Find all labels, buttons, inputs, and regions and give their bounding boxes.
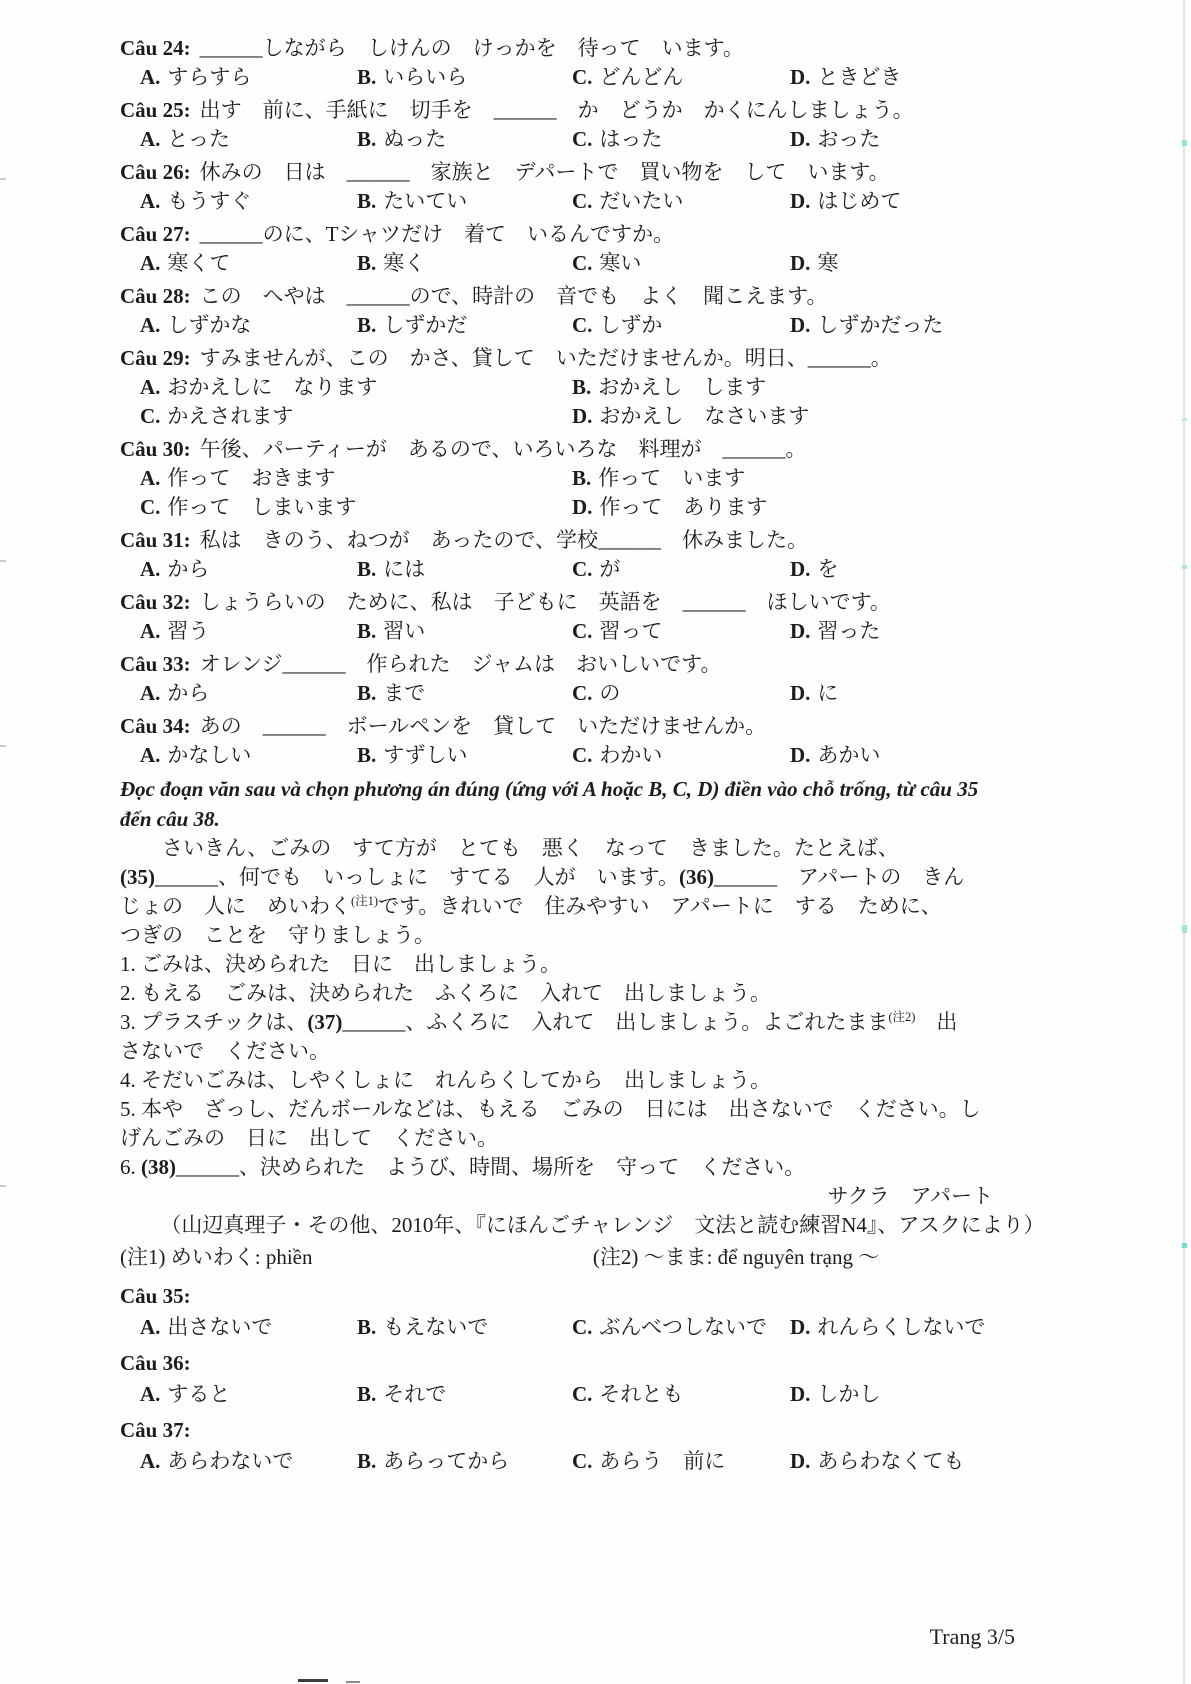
scan-artifact xyxy=(1182,418,1187,421)
option-text: 作って おきます xyxy=(167,466,335,490)
option-letter: C. xyxy=(572,189,592,213)
option-letter: A. xyxy=(140,127,160,151)
answer-options: A.かなしい B.すずしい C.わかい D.あかい xyxy=(120,741,1085,770)
question-stem-line: Câu 32:しょうらいの ために、私は 子どもに 英語を ______ ほしい… xyxy=(120,588,1085,617)
option-c: C.わかい xyxy=(572,741,790,770)
rule-1: 1. ごみは、決められた 日に 出しましょう。 xyxy=(120,950,1085,979)
option-a: A.とった xyxy=(140,125,357,154)
scan-artifact xyxy=(0,178,6,180)
option-a: A.から xyxy=(140,679,357,708)
question-cau-26: Câu 26:休みの 日は ______ 家族と デパートで 買い物を して い… xyxy=(120,158,1085,216)
option-text: いらいら xyxy=(383,65,467,89)
question-number: Câu 30: xyxy=(120,437,191,461)
option-b: B.まで xyxy=(357,679,572,708)
option-c: C.習って xyxy=(572,617,790,646)
reading-instruction-line1: Đọc đoạn văn sau và chọn phương án đúng … xyxy=(120,774,1085,804)
rule-6: 6. (38)______、決められた ようび、時間、場所を 守って ください。 xyxy=(120,1153,1085,1182)
option-d: D.に xyxy=(790,679,1085,708)
option-letter: D. xyxy=(790,65,810,89)
question-cau-25: Câu 25:出す 前に、手紙に 切手を ______ か どうか かくにんしま… xyxy=(120,96,1085,154)
question-stem: 午後、パーティーが あるので、いろいろな 料理が ______。 xyxy=(200,437,807,461)
option-b: B.あらってから xyxy=(357,1447,572,1476)
option-text: おかえし します xyxy=(598,375,766,399)
page-number: Trang 3/5 xyxy=(930,1624,1015,1650)
option-text: の xyxy=(599,681,620,705)
option-letter: A. xyxy=(140,619,160,643)
option-text: しかし xyxy=(817,1382,880,1406)
option-a: A.作って おきます xyxy=(140,464,572,493)
option-letter: D. xyxy=(790,127,810,151)
option-c: C.だいたい xyxy=(572,187,790,216)
page-content: Câu 24:______しながら しけんの けっかを 待って います。 A.す… xyxy=(0,0,1191,1476)
option-d: D.寒 xyxy=(790,249,1085,278)
blank-37-marker: (37) xyxy=(307,1010,342,1034)
question-number: Câu 24: xyxy=(120,36,191,60)
option-text: しずかな xyxy=(167,313,251,337)
option-letter: A. xyxy=(140,1382,160,1406)
footnotes-row: (注1) めいわく: phiền (注2) ～まま: để nguyên trạ… xyxy=(120,1243,1085,1275)
passage-text: です。きれいで 住みやすい アパートに する ために、 xyxy=(378,894,942,918)
question-stem-line: Câu 29:すみませんが、この かさ、貸して いただけませんか。明日、____… xyxy=(120,344,1085,373)
option-b: B.それで xyxy=(357,1380,572,1409)
option-d: D.しかし xyxy=(790,1380,1085,1409)
reading-instruction-line2: đến câu 38. xyxy=(120,804,1085,834)
option-text: たいてい xyxy=(383,189,467,213)
option-letter: B. xyxy=(357,1382,376,1406)
reading-section: Đọc đoạn văn sau và chọn phương án đúng … xyxy=(120,774,1085,1275)
rule-text: ______、ふくろに 入れて 出しましょう。よごれたまま xyxy=(342,1010,888,1034)
option-letter: C. xyxy=(572,313,592,337)
option-text: まで xyxy=(383,681,425,705)
option-letter: D. xyxy=(790,1449,810,1473)
answer-options: A.出さないで B.もえないで C.ぶんべつしないで D.れんらくしないで xyxy=(120,1313,1085,1342)
question-stem: ______のに、Tシャツだけ 着て いるんですか。 xyxy=(200,222,674,246)
answer-options: A.もうすぐ B.たいてい C.だいたい D.はじめて xyxy=(120,187,1085,216)
option-text: はじめて xyxy=(817,189,901,213)
option-a: A.出さないで xyxy=(140,1313,357,1342)
footnote-2: (注2) ～まま: để nguyên trạng ～ xyxy=(593,1243,879,1272)
question-number: Câu 25: xyxy=(120,98,191,122)
option-letter: A. xyxy=(140,743,160,767)
option-text: が xyxy=(599,557,620,581)
option-d: D.はじめて xyxy=(790,187,1085,216)
option-text: から xyxy=(167,557,209,581)
passage-source-citation: （山辺真理子・その他、2010年、『にほんごチャレンジ 文法と読む練習N4』、ア… xyxy=(120,1211,1085,1240)
option-text: おかえしに なります xyxy=(167,375,377,399)
question-stem-line: Câu 24:______しながら しけんの けっかを 待って います。 xyxy=(120,34,1085,63)
rule-text: 3. プラスチックは、 xyxy=(120,1010,307,1034)
option-text: れんらくしないで xyxy=(817,1315,985,1339)
answer-options: A.しずかな B.しずかだ C.しずか D.しずかだった xyxy=(120,311,1085,340)
scan-artifact xyxy=(1182,925,1187,933)
option-text: わかい xyxy=(599,743,662,767)
rule-5-line1: 5. 本や ざっし、だんボールなどは、もえる ごみの 日には 出さないで くださ… xyxy=(120,1095,1085,1124)
option-letter: B. xyxy=(357,1315,376,1339)
option-c: C.あらう 前に xyxy=(572,1447,790,1476)
passage-line-1: さいきん、ごみの すて方が とても 悪く なって きました。たとえば、 xyxy=(120,834,1085,863)
scan-artifact xyxy=(298,1679,328,1682)
option-b: B.習い xyxy=(357,617,572,646)
option-letter: D. xyxy=(790,1315,810,1339)
question-cau-27: Câu 27:______のに、Tシャツだけ 着て いるんですか。 A.寒くて … xyxy=(120,220,1085,278)
question-cau-35: Câu 35: A.出さないで B.もえないで C.ぶんべつしないで D.れんら… xyxy=(120,1281,1085,1342)
answer-options: A.とった B.ぬった C.はった D.おった xyxy=(120,125,1085,154)
option-letter: D. xyxy=(790,743,810,767)
option-letter: C. xyxy=(572,65,592,89)
option-text: かえされます xyxy=(167,404,293,428)
option-d: D.を xyxy=(790,555,1085,584)
option-letter: C. xyxy=(572,743,592,767)
option-b: B.には xyxy=(357,555,572,584)
question-stem: あの ______ ボールペンを 貸して いただけませんか。 xyxy=(200,714,767,738)
option-text: あらわないで xyxy=(167,1449,293,1473)
option-a: A.あらわないで xyxy=(140,1447,357,1476)
scan-artifact xyxy=(0,560,6,562)
option-text: おった xyxy=(817,127,880,151)
question-number: Câu 31: xyxy=(120,528,191,552)
option-letter: C. xyxy=(572,127,592,151)
answer-options: A.作って おきます B.作って います C.作って しまいます D.作って あ… xyxy=(120,464,1085,522)
scan-artifact xyxy=(346,1681,360,1683)
question-cau-34: Câu 34:あの ______ ボールペンを 貸して いただけませんか。 A.… xyxy=(120,712,1085,770)
option-letter: B. xyxy=(357,127,376,151)
option-text: とった xyxy=(167,127,230,151)
option-text: 寒く xyxy=(383,251,425,275)
option-b: B.ぬった xyxy=(357,125,572,154)
option-b: B.作って います xyxy=(572,464,1085,493)
option-text: ときどき xyxy=(817,65,901,89)
scan-artifact xyxy=(0,1185,6,1187)
option-text: あらう 前に xyxy=(599,1449,725,1473)
rule-text: ______、決められた ようび、時間、場所を 守って ください。 xyxy=(176,1155,805,1179)
scan-artifact-edge-line xyxy=(1183,0,1185,1684)
option-b: B.寒く xyxy=(357,249,572,278)
option-c: C.の xyxy=(572,679,790,708)
option-text: もうすぐ xyxy=(167,189,251,213)
option-letter: C. xyxy=(572,1315,592,1339)
option-letter: B. xyxy=(357,251,376,275)
question-stem-line: Câu 30:午後、パーティーが あるので、いろいろな 料理が ______。 xyxy=(120,435,1085,464)
question-stem-line: Câu 26:休みの 日は ______ 家族と デパートで 買い物を して い… xyxy=(120,158,1085,187)
option-text: だいたい xyxy=(599,189,683,213)
question-stem-line: Câu 31:私は きのう、ねつが あったので、学校______ 休みました。 xyxy=(120,526,1085,555)
scan-artifact xyxy=(0,745,6,747)
question-number: Câu 26: xyxy=(120,160,191,184)
question-stem-line: Câu 34:あの ______ ボールペンを 貸して いただけませんか。 xyxy=(120,712,1085,741)
option-letter: B. xyxy=(572,466,591,490)
option-text: 作って あります xyxy=(599,495,767,519)
option-c: C.作って しまいます xyxy=(140,493,572,522)
question-stem-line: Câu 28:この へやは ______ので、時計の 音でも よく 聞こえます。 xyxy=(120,282,1085,311)
option-letter: C. xyxy=(572,251,592,275)
passage-signature: サクラ アパート xyxy=(120,1182,1085,1211)
option-a: A.すると xyxy=(140,1380,357,1409)
option-letter: D. xyxy=(790,619,810,643)
option-letter: C. xyxy=(572,619,592,643)
option-text: 作って しまいます xyxy=(167,495,356,519)
option-b: B.しずかだ xyxy=(357,311,572,340)
option-text: どんどん xyxy=(599,65,683,89)
option-text: かなしい xyxy=(167,743,251,767)
option-a: A.から xyxy=(140,555,357,584)
option-c: C.はった xyxy=(572,125,790,154)
blank-35-marker: (35) xyxy=(120,865,155,889)
option-c: C.かえされます xyxy=(140,402,572,431)
rule-text: 6. xyxy=(120,1155,141,1179)
option-letter: A. xyxy=(140,313,160,337)
blank-38-marker: (38) xyxy=(141,1155,176,1179)
option-text: 習って xyxy=(599,619,662,643)
answer-options: A.寒くて B.寒く C.寒い D.寒 xyxy=(120,249,1085,278)
option-d: D.作って あります xyxy=(572,493,1085,522)
option-letter: C. xyxy=(572,1449,592,1473)
option-c: C.それとも xyxy=(572,1380,790,1409)
passage-line-3: じょの 人に めいわく(注1)です。きれいで 住みやすい アパートに する ため… xyxy=(120,892,1085,921)
option-text: すずしい xyxy=(383,743,467,767)
option-letter: D. xyxy=(790,251,810,275)
option-text: ぶんべつしないで xyxy=(599,1315,767,1339)
rule-5-line2: げんごみの 日に 出して ください。 xyxy=(120,1124,1085,1153)
question-stem: この へやは ______ので、時計の 音でも よく 聞こえます。 xyxy=(200,284,828,308)
option-text: 寒くて xyxy=(167,251,230,275)
question-stem: オレンジ______ 作られた ジャムは おいしいです。 xyxy=(200,652,722,676)
option-letter: B. xyxy=(357,681,376,705)
option-a: A.もうすぐ xyxy=(140,187,357,216)
question-stem: すみませんが、この かさ、貸して いただけませんか。明日、______。 xyxy=(200,346,892,370)
option-letter: A. xyxy=(140,466,160,490)
option-text: あらってから xyxy=(383,1449,509,1473)
option-letter: A. xyxy=(140,375,160,399)
option-letter: D. xyxy=(790,189,810,213)
option-letter: C. xyxy=(572,1382,592,1406)
answer-options: A.から B.まで C.の D.に xyxy=(120,679,1085,708)
answer-options: A.習う B.習い C.習って D.習った xyxy=(120,617,1085,646)
option-text: しずか xyxy=(599,313,662,337)
scan-artifact xyxy=(1182,1243,1187,1248)
option-letter: B. xyxy=(357,1449,376,1473)
passage-text: ______ アパートの きん xyxy=(714,865,964,889)
option-text: 習う xyxy=(167,619,209,643)
option-a: A.すらすら xyxy=(140,63,357,92)
scanned-test-page: Câu 24:______しながら しけんの けっかを 待って います。 A.す… xyxy=(0,0,1191,1684)
option-text: 寒 xyxy=(817,251,838,275)
option-letter: D. xyxy=(572,495,592,519)
rule-4: 4. そだいごみは、しやくしょに れんらくしてから 出しましょう。 xyxy=(120,1066,1085,1095)
question-cau-33: Câu 33:オレンジ______ 作られた ジャムは おいしいです。 A.から… xyxy=(120,650,1085,708)
option-d: D.習った xyxy=(790,617,1085,646)
passage-text: じょの 人に めいわく xyxy=(120,894,351,918)
answer-options: A.から B.には C.が D.を xyxy=(120,555,1085,584)
option-text: 出さないで xyxy=(167,1315,272,1339)
option-text: はった xyxy=(599,127,662,151)
question-cau-30: Câu 30:午後、パーティーが あるので、いろいろな 料理が ______。 … xyxy=(120,435,1085,522)
option-letter: B. xyxy=(572,375,591,399)
question-cau-31: Câu 31:私は きのう、ねつが あったので、学校______ 休みました。 … xyxy=(120,526,1085,584)
question-stem: 出す 前に、手紙に 切手を ______ か どうか かくにんしましょう。 xyxy=(200,98,914,122)
question-number: Câu 27: xyxy=(120,222,191,246)
option-letter: C. xyxy=(140,404,160,428)
option-b: B.たいてい xyxy=(357,187,572,216)
answer-options: A.おかえしに なります B.おかえし します C.かえされます D.おかえし … xyxy=(120,373,1085,431)
blank-36-marker: (36) xyxy=(679,865,714,889)
option-text: それとも xyxy=(599,1382,683,1406)
question-number: Câu 34: xyxy=(120,714,191,738)
option-letter: A. xyxy=(140,189,160,213)
passage-line-2: (35)______、何でも いっしょに すてる 人が います。(36)____… xyxy=(120,863,1085,892)
question-number: Câu 32: xyxy=(120,590,191,614)
option-c: C.寒い xyxy=(572,249,790,278)
option-letter: B. xyxy=(357,619,376,643)
option-letter: B. xyxy=(357,557,376,581)
question-number: Câu 33: xyxy=(120,652,191,676)
option-d: D.おかえし なさいます xyxy=(572,402,1085,431)
option-letter: C. xyxy=(572,681,592,705)
option-text: から xyxy=(167,681,209,705)
answer-options: A.すらすら B.いらいら C.どんどん D.ときどき xyxy=(120,63,1085,92)
option-letter: A. xyxy=(140,681,160,705)
option-a: A.習う xyxy=(140,617,357,646)
option-text: あかい xyxy=(817,743,880,767)
option-a: A.かなしい xyxy=(140,741,357,770)
option-letter: A. xyxy=(140,557,160,581)
option-a: A.しずかな xyxy=(140,311,357,340)
question-stem: ______しながら しけんの けっかを 待って います。 xyxy=(200,36,744,60)
answer-options: A.すると B.それで C.それとも D.しかし xyxy=(120,1380,1085,1409)
passage-line-4: つぎの ことを 守りましょう。 xyxy=(120,921,1085,950)
question-stem: 休みの 日は ______ 家族と デパートで 買い物を して います。 xyxy=(200,160,890,184)
option-b: B.いらいら xyxy=(357,63,572,92)
option-text: 習った xyxy=(817,619,880,643)
question-cau-24: Câu 24:______しながら しけんの けっかを 待って います。 A.す… xyxy=(120,34,1085,92)
option-text: しずかだ xyxy=(383,313,467,337)
footnote-1: (注1) めいわく: phiền xyxy=(120,1245,312,1269)
option-letter: C. xyxy=(140,495,160,519)
option-letter: B. xyxy=(357,743,376,767)
rule-3-line1: 3. プラスチックは、(37)______、ふくろに 入れて 出しましょう。よご… xyxy=(120,1008,1085,1037)
question-stem-line: Câu 33:オレンジ______ 作られた ジャムは おいしいです。 xyxy=(120,650,1085,679)
option-a: A.おかえしに なります xyxy=(140,373,572,402)
option-d: D.ときどき xyxy=(790,63,1085,92)
option-text: あらわなくても xyxy=(817,1449,964,1473)
rule-text: 出 xyxy=(915,1010,957,1034)
option-b: B.おかえし します xyxy=(572,373,1085,402)
option-letter: B. xyxy=(357,313,376,337)
option-c: C.が xyxy=(572,555,790,584)
option-text: おかえし なさいます xyxy=(599,404,809,428)
option-letter: A. xyxy=(140,65,160,89)
option-a: A.寒くて xyxy=(140,249,357,278)
option-text: すると xyxy=(167,1382,230,1406)
option-text: それで xyxy=(383,1382,446,1406)
option-text: ぬった xyxy=(383,127,446,151)
question-number: Câu 35: xyxy=(120,1284,191,1308)
option-letter: D. xyxy=(790,681,810,705)
option-text: しずかだった xyxy=(817,313,943,337)
question-number: Câu 29: xyxy=(120,346,191,370)
option-text: を xyxy=(817,557,838,581)
question-cau-29: Câu 29:すみませんが、この かさ、貸して いただけませんか。明日、____… xyxy=(120,344,1085,431)
note-ref-2: (注2) xyxy=(888,1010,915,1024)
option-c: C.どんどん xyxy=(572,63,790,92)
rule-3-line2: さないで ください。 xyxy=(120,1037,1085,1066)
question-number: Câu 28: xyxy=(120,284,191,308)
question-cau-28: Câu 28:この へやは ______ので、時計の 音でも よく 聞こえます。… xyxy=(120,282,1085,340)
option-letter: B. xyxy=(357,189,376,213)
option-d: D.れんらくしないで xyxy=(790,1313,1085,1342)
question-cau-36: Câu 36: A.すると B.それで C.それとも D.しかし xyxy=(120,1348,1085,1409)
passage-text: ______、何でも いっしょに すてる 人が います。 xyxy=(155,865,679,889)
option-c: C.ぶんべつしないで xyxy=(572,1313,790,1342)
option-letter: D. xyxy=(572,404,592,428)
option-b: B.すずしい xyxy=(357,741,572,770)
option-letter: C. xyxy=(572,557,592,581)
option-letter: B. xyxy=(357,65,376,89)
question-number: Câu 36: xyxy=(120,1351,191,1375)
option-text: には xyxy=(383,557,425,581)
option-text: すらすら xyxy=(167,65,251,89)
option-text: 寒い xyxy=(599,251,641,275)
option-letter: A. xyxy=(140,1449,160,1473)
option-letter: D. xyxy=(790,1382,810,1406)
option-text: に xyxy=(817,681,838,705)
question-stem: しょうらいの ために、私は 子どもに 英語を ______ ほしいです。 xyxy=(200,590,891,614)
option-d: D.あらわなくても xyxy=(790,1447,1085,1476)
option-d: D.おった xyxy=(790,125,1085,154)
option-letter: A. xyxy=(140,251,160,275)
option-d: D.あかい xyxy=(790,741,1085,770)
option-text: 作って います xyxy=(598,466,745,490)
question-cau-37: Câu 37: A.あらわないで B.あらってから C.あらう 前に D.あらわ… xyxy=(120,1415,1085,1476)
question-number: Câu 37: xyxy=(120,1418,191,1442)
question-cau-32: Câu 32:しょうらいの ために、私は 子どもに 英語を ______ ほしい… xyxy=(120,588,1085,646)
scan-artifact xyxy=(1182,565,1187,569)
option-c: C.しずか xyxy=(572,311,790,340)
option-letter: A. xyxy=(140,1315,160,1339)
option-b: B.もえないで xyxy=(357,1313,572,1342)
rule-2: 2. もえる ごみは、決められた ふくろに 入れて 出しましょう。 xyxy=(120,979,1085,1008)
question-stem: 私は きのう、ねつが あったので、学校______ 休みました。 xyxy=(200,528,808,552)
question-stem-line: Câu 27:______のに、Tシャツだけ 着て いるんですか。 xyxy=(120,220,1085,249)
question-stem-line: Câu 25:出す 前に、手紙に 切手を ______ か どうか かくにんしま… xyxy=(120,96,1085,125)
answer-options: A.あらわないで B.あらってから C.あらう 前に D.あらわなくても xyxy=(120,1447,1085,1476)
option-letter: D. xyxy=(790,313,810,337)
option-text: 習い xyxy=(383,619,425,643)
note-ref-1: (注1) xyxy=(351,894,378,908)
scan-artifact xyxy=(1182,140,1187,146)
option-letter: D. xyxy=(790,557,810,581)
option-d: D.しずかだった xyxy=(790,311,1085,340)
option-text: もえないで xyxy=(383,1315,488,1339)
